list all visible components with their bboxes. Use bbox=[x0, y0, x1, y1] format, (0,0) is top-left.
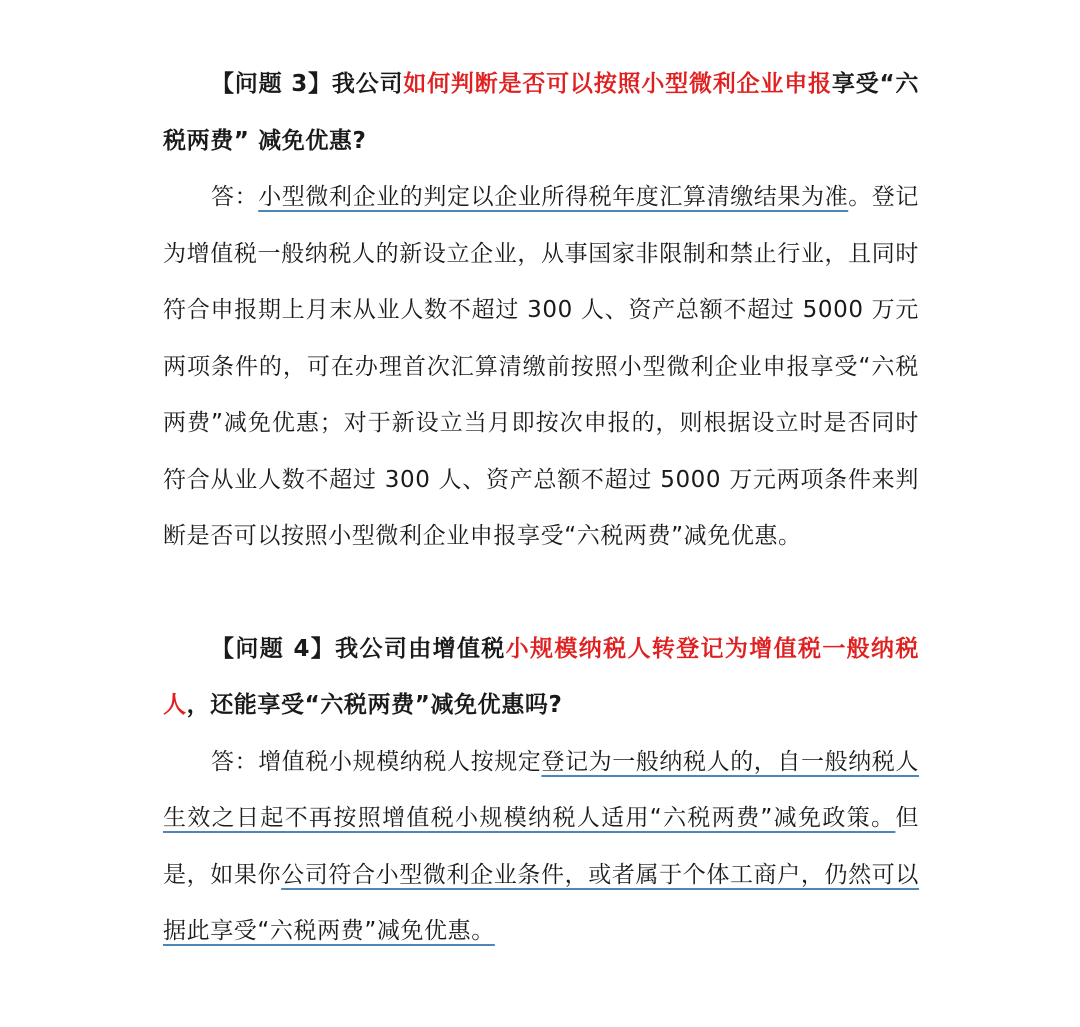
question-3-prefix: 【问题 3】我公司 bbox=[211, 71, 403, 97]
question-4-suffix: ，还能享受“六税两费”减免优惠吗? bbox=[187, 692, 563, 718]
answer-4-paragraph: 答：增值税小规模纳税人按规定登记为一般纳税人的，自一般纳税人生效之日起不再按照增… bbox=[163, 734, 919, 960]
question-3-highlight: 如何判断是否可以按照小型微利企业申报 bbox=[403, 71, 832, 97]
answer-3-rest: 。登记为增值税一般纳税人的新设立企业，从事国家非限制和禁止行业，且同时符合申报期… bbox=[163, 184, 919, 549]
document-body: 【问题 3】我公司如何判断是否可以按照小型微利企业申报享受“六税两费” 减免优惠… bbox=[163, 56, 919, 960]
answer-3-paragraph: 答：小型微利企业的判定以企业所得税年度汇算清缴结果为准。登记为增值税一般纳税人的… bbox=[163, 169, 919, 565]
answer-3-underlined: 小型微利企业的判定以企业所得税年度汇算清缴结果为准 bbox=[258, 184, 848, 210]
answer-3-lead: 答： bbox=[211, 184, 258, 210]
question-3-heading: 【问题 3】我公司如何判断是否可以按照小型微利企业申报享受“六税两费” 减免优惠… bbox=[163, 56, 919, 169]
question-4-heading: 【问题 4】我公司由增值税小规模纳税人转登记为增值税一般纳税人，还能享受“六税两… bbox=[163, 621, 919, 734]
question-4-prefix: 【问题 4】我公司由增值税 bbox=[211, 636, 506, 662]
answer-4-lead: 答：增值税小规模纳税人按规定 bbox=[211, 749, 541, 775]
